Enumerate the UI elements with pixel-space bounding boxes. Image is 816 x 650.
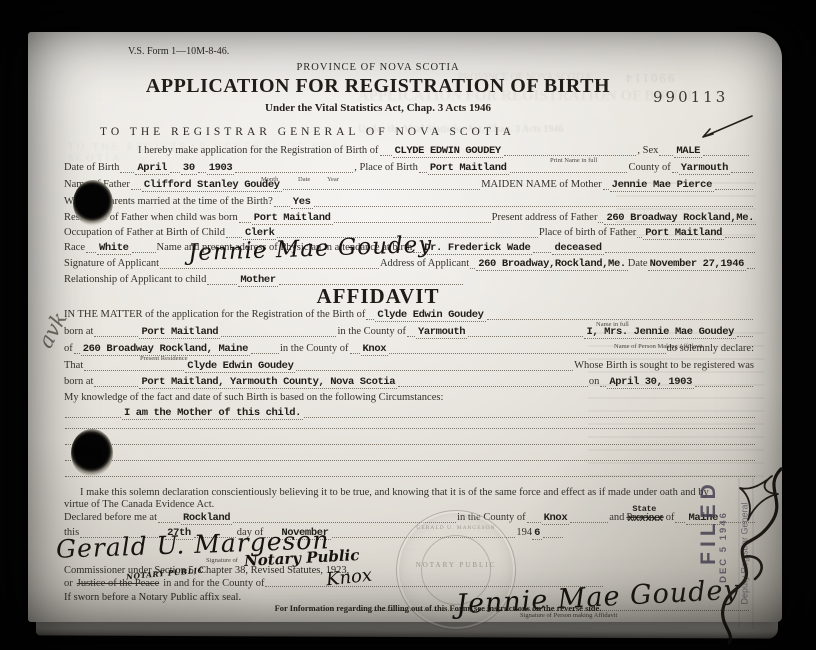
- mother-maiden-label: MAIDEN NAME of Mother: [481, 179, 601, 190]
- blank-line: [64, 426, 756, 431]
- seal-title-text: NOTARY PUBLIC: [397, 561, 515, 569]
- handwritten-arrow: [694, 112, 756, 142]
- dotted-line: [94, 384, 138, 387]
- dotted-line: [470, 266, 475, 269]
- dotted-line: [659, 153, 673, 156]
- dotted-line: [570, 520, 608, 523]
- circumstance-value: I am the Mother of this child.: [122, 407, 303, 420]
- dotted-line: [703, 153, 749, 156]
- dotted-line: [366, 317, 374, 320]
- on-label: on: [589, 376, 600, 387]
- residence-county-value: Knox: [361, 343, 389, 356]
- affix-seal-line: If sworn before a Notary Public affix se…: [64, 592, 241, 603]
- punch-hole-top: [73, 180, 113, 226]
- province-line: PROVINCE OF NOVA SCOTIA: [28, 62, 728, 73]
- blank-line: [64, 474, 756, 479]
- dotted-line: [65, 426, 755, 429]
- blank-line: [64, 442, 756, 447]
- dotted-line: [94, 334, 138, 337]
- dotted-line: [235, 170, 353, 173]
- dotted-line: [504, 153, 637, 156]
- dotted-line: [510, 170, 628, 173]
- dotted-line: [398, 384, 588, 387]
- dotted-line: [533, 250, 551, 253]
- dotted-line: [131, 187, 141, 190]
- declaration-line1: I make this solemn declaration conscient…: [80, 487, 756, 498]
- affidavit-born2-row: born at Port Maitland, Yarmouth County, …: [64, 376, 754, 389]
- race-label: Race: [64, 242, 85, 253]
- dotted-line: [407, 334, 415, 337]
- that-name-value: Clyde Edwin Goudey: [185, 360, 295, 373]
- page-title: APPLICATION FOR REGISTRATION OF BIRTH: [28, 75, 728, 98]
- dotted-line: [296, 368, 573, 371]
- applicant-address-label: Address of Applicant: [380, 258, 469, 269]
- page-subtitle: Under the Vital Statistics Act, Chap. 3 …: [28, 102, 728, 114]
- race-value: White: [97, 242, 131, 255]
- dotted-line: [65, 415, 121, 418]
- affiant-signature-hint: Signature of Person making Affidavit: [520, 612, 617, 619]
- dotted-line: [65, 458, 755, 461]
- born-county-label: in the County of: [337, 326, 406, 337]
- and-label: and: [609, 512, 624, 523]
- father-birthplace-label: Place of birth of Father: [539, 227, 636, 238]
- father-residence-row: Residence of Father when child was born …: [64, 212, 756, 225]
- residence-value: Port Maitland: [252, 212, 333, 225]
- sex-value: MALE: [674, 145, 702, 158]
- dob-label: Date of Birth: [64, 162, 119, 173]
- dotted-line: [65, 474, 755, 477]
- circumstance-row: I am the Mother of this child.: [64, 407, 756, 420]
- dotted-line: [304, 415, 755, 418]
- dotted-line: [170, 170, 180, 173]
- dotted-line: [731, 170, 753, 173]
- dotted-line: [158, 520, 180, 523]
- dotted-line: [160, 266, 379, 269]
- applicant-signature-row: Signature of Applicant Address of Applic…: [64, 258, 756, 271]
- dotted-line: [737, 334, 753, 337]
- dotted-line: [389, 351, 665, 354]
- application-name-row: I hereby make application for the Regist…: [138, 145, 750, 158]
- married-value: Yes: [291, 196, 313, 209]
- date-of-birth-row: Date of Birth April 30 1903 , Place of B…: [64, 162, 754, 175]
- dotted-line: [239, 220, 251, 223]
- blank-line: [64, 458, 756, 463]
- dotted-line: [672, 170, 678, 173]
- of-label: of: [64, 343, 73, 354]
- born-county-value: Yarmouth: [416, 326, 467, 339]
- applicant-address-value: 260 Broadway,Rockland,Me.: [476, 258, 628, 271]
- declarant-value: I, Mrs. Jennie Mae Goudey: [584, 326, 736, 339]
- signature-of-hint: Signature of: [206, 557, 238, 564]
- applicant-signature-label: Signature of Applicant: [64, 258, 159, 269]
- dotted-line: [120, 170, 134, 173]
- intro-label: I hereby make application for the Regist…: [138, 145, 379, 156]
- footer-instructions: For Information regarding the filling ou…: [158, 603, 718, 613]
- pen-check-mark: [728, 470, 784, 526]
- dotted-line: [283, 187, 481, 190]
- dotted-line: [603, 187, 609, 190]
- dotted-line: [695, 384, 753, 387]
- of-label2: of: [666, 512, 675, 523]
- dotted-line: [380, 153, 392, 156]
- born-at2-value: Port Maitland, Yarmouth County, Nova Sco…: [139, 376, 397, 389]
- dotted-line: [715, 187, 753, 190]
- residence-county-label: in the County of: [280, 343, 349, 354]
- born-at-value: Port Maitland: [139, 326, 220, 339]
- dotted-line: [251, 351, 279, 354]
- addressee-line: TO THE REGISTRAR GENERAL OF NOVA SCOTIA: [100, 126, 515, 138]
- pob-value: Port Maitland: [428, 162, 509, 175]
- dotted-line: [350, 351, 360, 354]
- province-strikeover: xxxxxx: [625, 513, 664, 525]
- dotted-line: [725, 235, 755, 238]
- justice-struck-label: Justice of the Peace: [77, 578, 160, 589]
- county-label: County of: [628, 162, 670, 173]
- declare-label: do solemnly declare:: [667, 343, 754, 354]
- county-value: Yarmouth: [679, 162, 730, 175]
- sex-label: , Sex: [637, 145, 658, 156]
- dotted-line: [605, 250, 755, 253]
- commissioner-line1: Commissioner under Section 5, Chapter 38…: [64, 565, 349, 576]
- on-date-value: April 30, 1903: [607, 376, 694, 389]
- declared-before-row: Declared before me at Rockland in the Co…: [64, 512, 756, 525]
- form-code: V.S. Form 1—10M-8-46.: [128, 46, 229, 57]
- father-birthplace-value: Port Maitland: [643, 227, 724, 240]
- dotted-line: [543, 535, 563, 538]
- punch-hole-bottom: [71, 429, 113, 477]
- dotted-line: [221, 334, 336, 337]
- declared-place-value: Rockland: [181, 512, 232, 525]
- dotted-line: [600, 384, 606, 387]
- or-label: or: [64, 578, 73, 589]
- dob-month-value: April: [135, 162, 169, 175]
- serial-number: 990113: [653, 88, 728, 106]
- affidavit-that-row: That Clyde Edwin Goudey Whose Birth is s…: [64, 360, 754, 373]
- dob-year-value: 1903: [207, 162, 235, 175]
- matter-name-value: Clyde Edwin Goudey: [375, 309, 485, 322]
- dotted-line: [84, 368, 184, 371]
- father-address-value: 260 Broadway Rockland,Me.: [604, 212, 756, 225]
- dotted-line: [198, 170, 206, 173]
- registered-label: Whose Birth is sought to be registered w…: [574, 360, 754, 371]
- declaration-line2: virtue of The Canada Evidence Act.: [64, 499, 214, 510]
- dotted-line: [65, 442, 755, 445]
- occupation-label: Occupation of Father at Birth of Child: [64, 227, 225, 238]
- born-at-label: born at: [64, 326, 93, 337]
- parents-married-row: Were the Parents married at the time of …: [64, 196, 754, 209]
- physician-status-value: deceased: [552, 242, 603, 255]
- dotted-line: [527, 520, 541, 523]
- pob-label: , Place of Birth: [354, 162, 418, 173]
- father-address-label: Present address of Father: [492, 212, 598, 223]
- year-printed: 194: [516, 527, 532, 538]
- dob-day-value: 30: [181, 162, 197, 175]
- father-value: Clifford Stanley Goudey: [142, 179, 282, 192]
- affidavit-matter-row: IN THE MATTER of the application for the…: [64, 309, 754, 322]
- affidavit-heading: AFFIDAVIT: [28, 284, 728, 309]
- affidavit-born-row: born at Port Maitland in the County of Y…: [64, 326, 754, 339]
- physician-value: Dr. Frederick Wade: [422, 242, 532, 255]
- dotted-line: [468, 334, 583, 337]
- dotted-line: [74, 351, 80, 354]
- state-over-province: State Province xxxxxx: [626, 512, 663, 523]
- county-for-label: in and for the County of: [163, 578, 264, 589]
- dotted-line: [274, 204, 290, 207]
- dotted-line: [419, 170, 427, 173]
- dotted-line: [487, 317, 753, 320]
- child-name-value: CLYDE EDWIN GOUDEY: [393, 145, 503, 158]
- declared-before-label: Declared before me at: [64, 512, 157, 523]
- date-label: Date: [628, 258, 648, 269]
- born-at2-label: born at: [64, 376, 93, 387]
- dotted-line: [132, 250, 156, 253]
- dotted-line: [637, 235, 642, 238]
- date-value: November 27,1946: [648, 258, 746, 271]
- mother-value: Jennie Mae Pierce: [610, 179, 714, 192]
- declared-county-value: Knox: [542, 512, 570, 525]
- seal-name-text: GERALD U. MARGESON: [397, 525, 515, 531]
- dotted-line: [598, 220, 603, 223]
- knowledge-label: My knowledge of the fact and date of suc…: [64, 392, 443, 403]
- that-label: That: [64, 360, 83, 371]
- dotted-line: [86, 250, 96, 253]
- father-name-row: Name of Father Clifford Stanley Goudey M…: [64, 179, 754, 192]
- dotted-line: [314, 204, 754, 207]
- dotted-line: [334, 220, 491, 223]
- scanned-document: APPLICATION FOR REGISTRATION OF BIRTH PR…: [0, 0, 816, 650]
- birth-registration-form: APPLICATION FOR REGISTRATION OF BIRTH PR…: [28, 32, 782, 622]
- year-typed-value: 6: [532, 527, 542, 540]
- matter-label: IN THE MATTER of the application for the…: [64, 309, 365, 320]
- dotted-line: [747, 266, 755, 269]
